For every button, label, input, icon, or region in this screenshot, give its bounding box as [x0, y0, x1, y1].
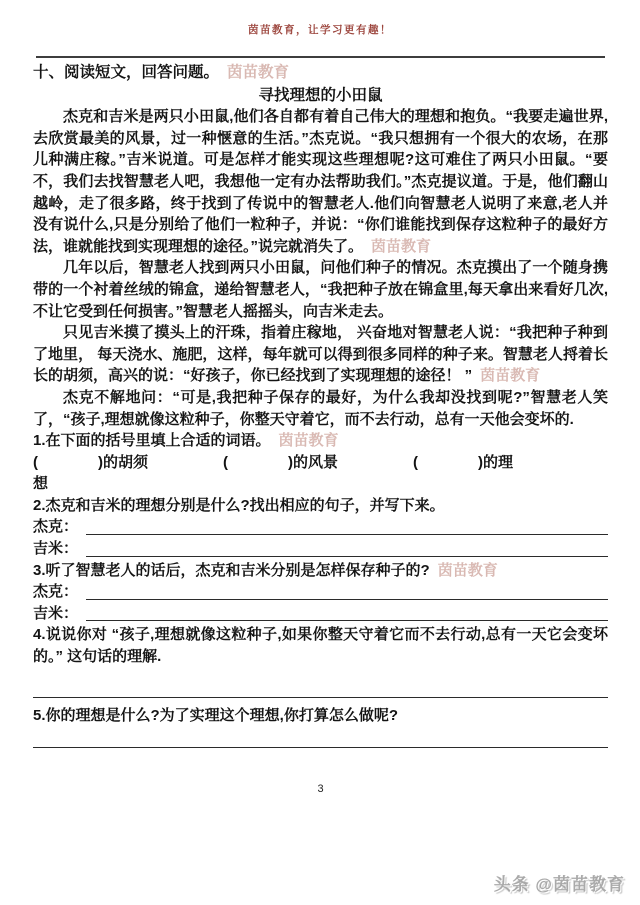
answer-blank-line	[86, 607, 608, 621]
question-3-text: 3.听了智慧老人的话后，杰克和吉米分别是怎样保存种子的?	[33, 562, 430, 579]
answer-blank-line	[86, 521, 608, 535]
passage-paragraph-2: 几年以后，智慧老人找到两只小田鼠，问他们种子的情况。杰克摸出了一个随身携带的一个…	[33, 257, 608, 322]
answer-blank-line	[86, 543, 608, 557]
section-heading-row: 十、阅读短文，回答问题。茵苗教育	[33, 62, 608, 84]
question-3-answer-row-jack: 杰克：	[33, 581, 608, 603]
question-1-blanks-line-2: 想	[33, 473, 608, 495]
inline-watermark: 茵苗教育	[271, 432, 339, 449]
passage-paragraph-1: 杰克和吉米是两只小田鼠,他们各自都有着自己伟大的理想和抱负。“我要走遍世界,去欣…	[33, 106, 608, 257]
answer-label: 杰克：	[33, 581, 78, 603]
worksheet-page: 茵苗教育，让学习更有趣！ 十、阅读短文，回答问题。茵苗教育 寻找理想的小田鼠 杰…	[0, 0, 640, 905]
answer-label: 杰克：	[33, 516, 78, 538]
paragraph-4-text: 杰克不解地问：“可是,我把种子保存的最好，为什么我却没找到呢?”智慧老人笑了，“…	[33, 389, 608, 428]
section-heading: 十、阅读短文，回答问题。	[33, 64, 219, 81]
passage-paragraph-4: 杰克不解地问：“可是,我把种子保存的最好，为什么我却没找到呢?”智慧老人笑了，“…	[33, 387, 608, 430]
question-5: 5.你的理想是什么?为了实理这个理想,你打算怎么做呢?	[33, 705, 608, 727]
question-4: 4.说说你对 “孩子,理想就像这粒种子,如果你整天守着它而不去行动,总有一天它会…	[33, 624, 608, 667]
question-2: 2.杰克和吉米的理想分别是什么?找出相应的句子，并写下来。	[33, 495, 608, 517]
header-slogan: 茵苗教育，让学习更有趣！	[0, 22, 640, 37]
question-2-answer-row-jack: 杰克：	[33, 516, 608, 538]
answer-label: 吉米：	[33, 603, 78, 625]
inline-watermark: 茵苗教育	[472, 367, 540, 384]
answer-blank-line	[86, 586, 608, 600]
inline-watermark: 茵苗教育	[363, 238, 431, 255]
inline-watermark: 茵苗教育	[219, 64, 289, 81]
question-2-answer-row-jimmy: 吉米：	[33, 538, 608, 560]
page-number: 3	[33, 779, 608, 801]
question-4-answer-blank-line	[33, 697, 608, 698]
passage-title: 寻找理想的小田鼠	[33, 85, 608, 107]
question-1: 1.在下面的括号里填上合适的词语。茵苗教育	[33, 430, 608, 452]
inline-watermark: 茵苗教育	[430, 562, 498, 579]
paragraph-1-text: 杰克和吉米是两只小田鼠,他们各自都有着自己伟大的理想和抱负。“我要走遍世界,去欣…	[33, 108, 608, 255]
worksheet-content: 十、阅读短文，回答问题。茵苗教育 寻找理想的小田鼠 杰克和吉米是两只小田鼠,他们…	[0, 58, 640, 801]
question-5-answer-blank-line	[33, 747, 608, 748]
answer-label: 吉米：	[33, 538, 78, 560]
passage-paragraph-3: 只见吉米摸了摸头上的汗珠，指着庄稼地， 兴奋地对智慧老人说：“我把种子种到了地里…	[33, 322, 608, 387]
toutiao-watermark: 头条 @茵苗教育	[494, 870, 625, 895]
question-1-blanks-line-1: ( )的胡须 ( )的风景 ( )的理	[33, 452, 608, 474]
paragraph-2-text: 几年以后，智慧老人找到两只小田鼠，问他们种子的情况。杰克摸出了一个随身携带的一个…	[33, 259, 608, 319]
question-1-text: 1.在下面的括号里填上合适的词语。	[33, 432, 271, 449]
question-3: 3.听了智慧老人的话后，杰克和吉米分别是怎样保存种子的?茵苗教育	[33, 560, 608, 582]
question-3-answer-row-jimmy: 吉米：	[33, 603, 608, 625]
